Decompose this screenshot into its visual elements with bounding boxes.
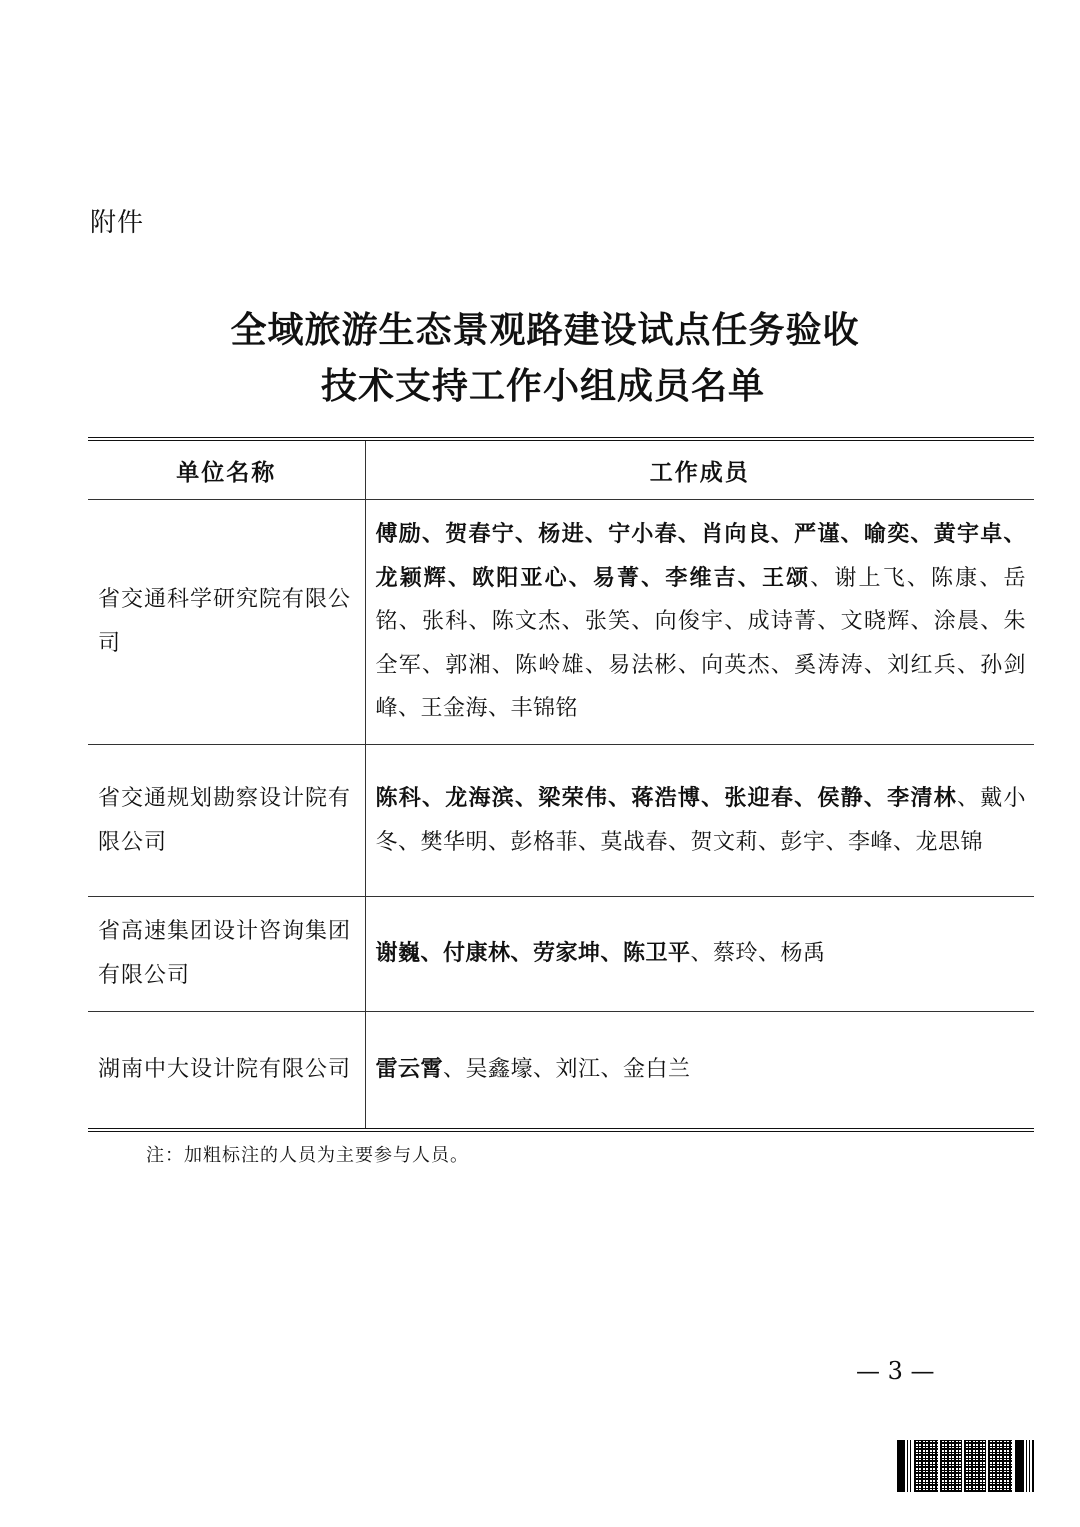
table-row: 湖南中大设计院有限公司 雷云霄、吴鑫壕、刘江、金白兰 (88, 1012, 1034, 1131)
unit-name-cell: 省交通科学研究院有限公司 (88, 500, 365, 745)
key-members: 谢巍、付康林、劳家坤、陈卫平 (376, 940, 691, 966)
key-members: 雷云霄 (376, 1056, 444, 1082)
table-row: 省交通科学研究院有限公司 傅励、贺春宁、杨进、宁小春、肖向良、严谨、喻奕、黄宇卓… (88, 500, 1034, 745)
unit-name-cell: 省高速集团设计咨询集团有限公司 (88, 897, 365, 1012)
members-cell: 陈科、龙海滨、梁荣伟、蒋浩博、张迎春、侯静、李清林、戴小冬、樊华明、彭格菲、莫战… (365, 745, 1034, 897)
member-table-container: 单位名称 工作成员 省交通科学研究院有限公司 傅励、贺春宁、杨进、宁小春、肖向良… (88, 437, 1034, 1132)
table-row: 省高速集团设计咨询集团有限公司 谢巍、付康林、劳家坤、陈卫平、蔡玲、杨禹 (88, 897, 1034, 1012)
unit-name-cell: 省交通规划勘察设计院有限公司 (88, 745, 365, 897)
member-table: 单位名称 工作成员 省交通科学研究院有限公司 傅励、贺春宁、杨进、宁小春、肖向良… (88, 437, 1034, 1132)
title-line-1: 全域旅游生态景观路建设试点任务验收 (0, 302, 1080, 358)
footnote: 注：加粗标注的人员为主要参与人员。 (146, 1142, 469, 1170)
unit-name-cell: 湖南中大设计院有限公司 (88, 1012, 365, 1131)
other-members: 、吴鑫壕、刘江、金白兰 (443, 1057, 691, 1082)
page-number: — 3 — (856, 1356, 935, 1386)
members-cell: 谢巍、付康林、劳家坤、陈卫平、蔡玲、杨禹 (365, 897, 1034, 1012)
table-header-row: 单位名称 工作成员 (88, 439, 1034, 500)
header-members: 工作成员 (365, 439, 1034, 500)
attachment-label: 附件 (90, 206, 144, 240)
table-row: 省交通规划勘察设计院有限公司 陈科、龙海滨、梁荣伟、蒋浩博、张迎春、侯静、李清林… (88, 745, 1034, 897)
members-cell: 傅励、贺春宁、杨进、宁小春、肖向良、严谨、喻奕、黄宇卓、龙颖辉、欧阳亚心、易菁、… (365, 500, 1034, 745)
members-cell: 雷云霄、吴鑫壕、刘江、金白兰 (365, 1012, 1034, 1131)
title-line-2: 技术支持工作小组成员名单 (0, 358, 1080, 414)
header-unit-name: 单位名称 (88, 439, 365, 500)
other-members: 、蔡玲、杨禹 (691, 941, 826, 966)
key-members: 陈科、龙海滨、梁荣伟、蒋浩博、张迎春、侯静、李清林 (376, 785, 957, 811)
barcode-icon (897, 1440, 1047, 1492)
document-title: 全域旅游生态景观路建设试点任务验收 技术支持工作小组成员名单 (0, 302, 1080, 414)
